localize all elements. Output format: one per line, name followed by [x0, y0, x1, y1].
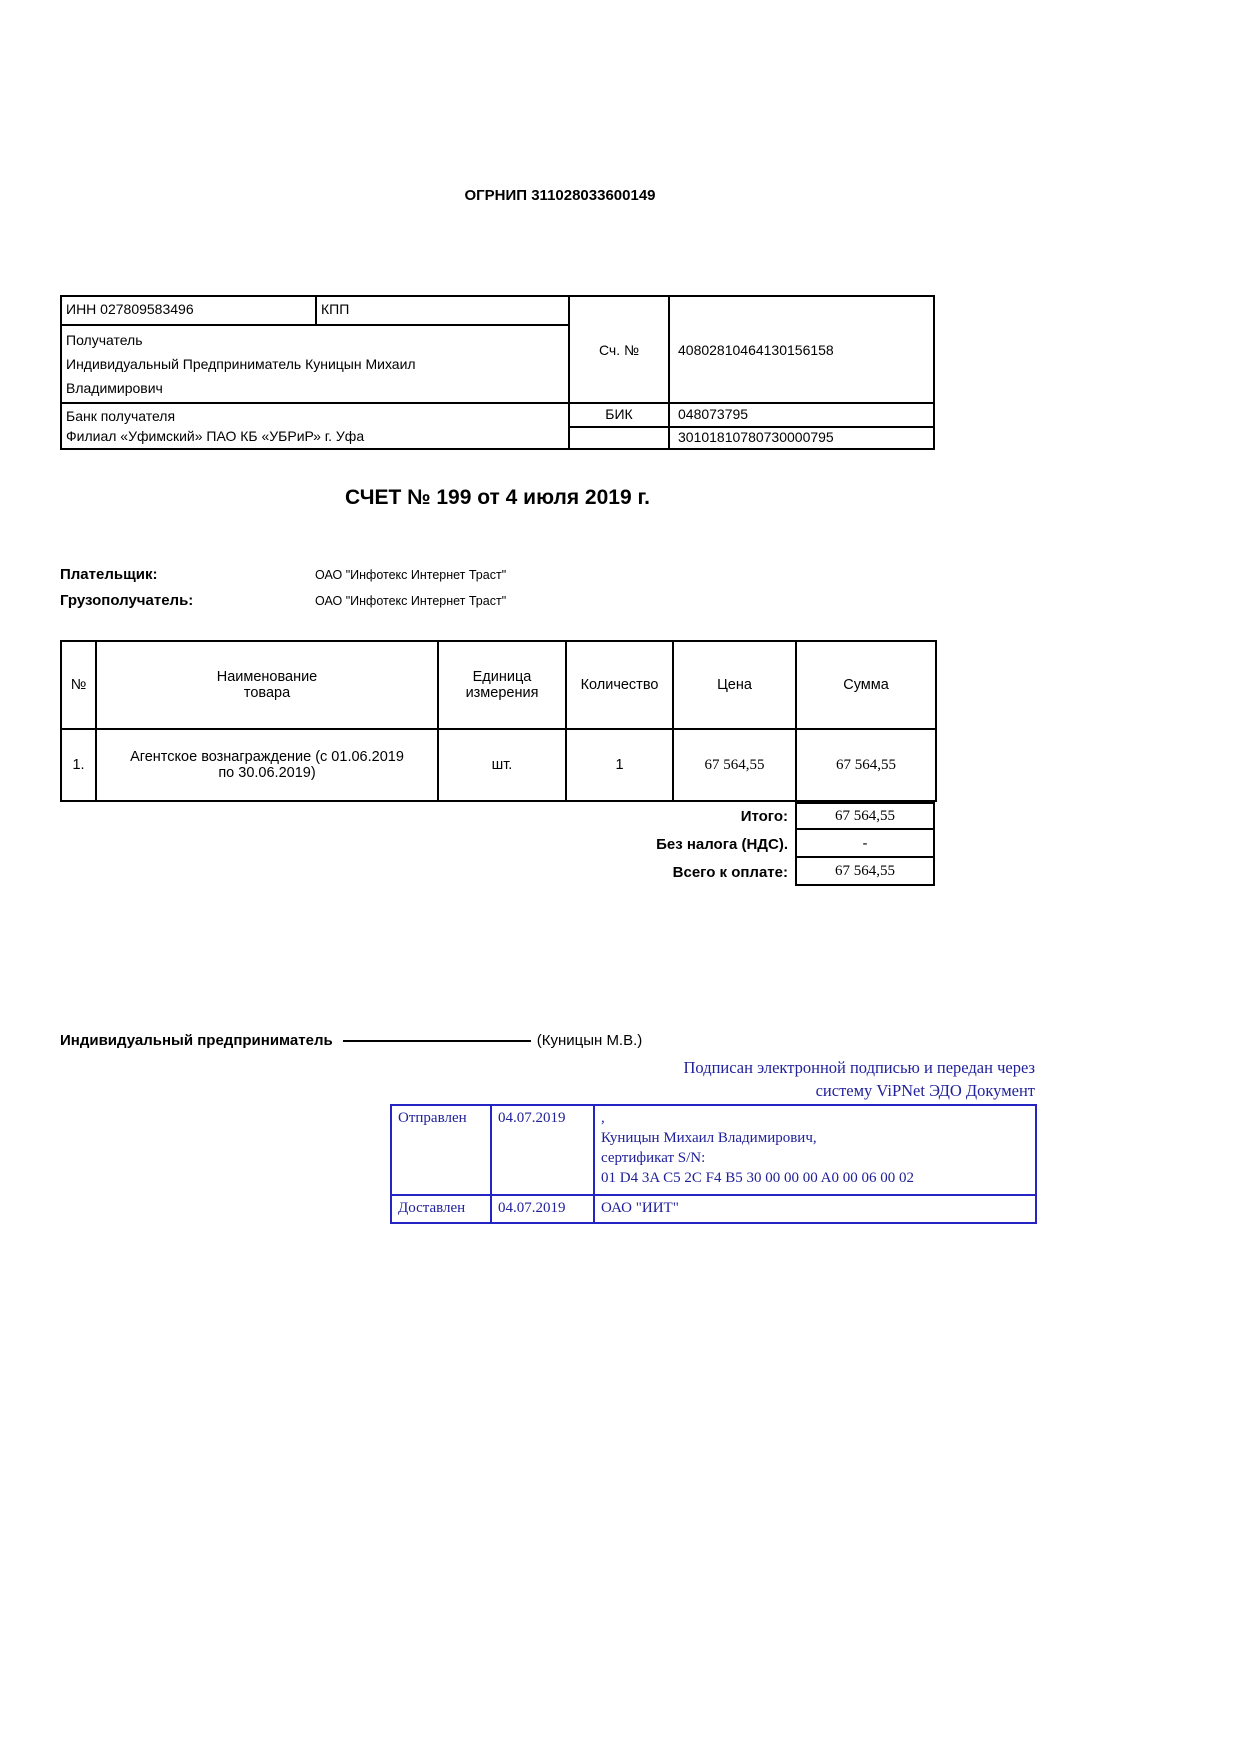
- requisites-right-column: 40802810464130156158 048073795 301018107…: [670, 297, 933, 448]
- recipient-cell: Получатель Индивидуальный Предпринимател…: [62, 326, 568, 404]
- recipient-label: Получатель: [66, 328, 564, 352]
- item-price: 67 564,55: [673, 729, 796, 801]
- bik-label-cell: БИК: [570, 404, 668, 428]
- kpp-cell: КПП: [317, 297, 568, 324]
- bik-value-cell: 048073795: [670, 404, 933, 428]
- total-row-itogo: Итого: 67 564,55: [60, 802, 935, 830]
- delivery-details-cell: , Куницын Михаил Владимирович, сертифика…: [594, 1105, 1036, 1195]
- bank-cell: Банк получателя Филиал «Уфимский» ПАО КБ…: [62, 404, 568, 448]
- total-label-nds: Без налога (НДС).: [60, 836, 795, 853]
- delivery-row-delivered: Доставлен 04.07.2019 ОАО "ИИТ": [391, 1195, 1036, 1223]
- delivery-date-cell: 04.07.2019: [491, 1105, 594, 1195]
- header-num: №: [61, 641, 96, 729]
- delivery-status-cell: Доставлен: [391, 1195, 491, 1223]
- inn-kpp-row: ИНН 027809583496 КПП: [62, 297, 568, 326]
- esign-line2: систему ViPNet ЭДО Документ: [60, 1079, 1035, 1102]
- bank-label: Банк получателя: [66, 406, 564, 426]
- requisites-middle-column: Сч. № БИК: [570, 297, 670, 448]
- items-table: № Наименование товара Единица измерения …: [60, 640, 937, 802]
- item-sum: 67 564,55: [796, 729, 936, 801]
- esign-note: Подписан электронной подписью и передан …: [60, 1056, 1035, 1102]
- delivery-status-cell: Отправлен: [391, 1105, 491, 1195]
- delivery-table: Отправлен 04.07.2019 , Куницын Михаил Вл…: [390, 1104, 1037, 1224]
- payer-label: Плательщик:: [60, 566, 315, 583]
- total-label-itogo: Итого:: [60, 808, 795, 825]
- account-number-cell: 40802810464130156158: [670, 297, 933, 404]
- total-label-vsego: Всего к оплате:: [60, 864, 795, 881]
- item-row: 1. Агентское вознаграждение (с 01.06.201…: [61, 729, 936, 801]
- requisites-left-block: ИНН 027809583496 КПП Получатель Индивиду…: [62, 297, 570, 448]
- signature-row: Индивидуальный предприниматель(Куницын М…: [60, 1032, 642, 1049]
- requisites-table: ИНН 027809583496 КПП Получатель Индивиду…: [60, 295, 935, 450]
- delivery-row-sent: Отправлен 04.07.2019 , Куницын Михаил Вл…: [391, 1105, 1036, 1195]
- header-qty: Количество: [566, 641, 673, 729]
- signature-line: [343, 1040, 531, 1042]
- total-row-vsego: Всего к оплате: 67 564,55: [60, 858, 935, 886]
- item-qty: 1: [566, 729, 673, 801]
- parties-block: Плательщик: ОАО "Инфотекс Интернет Траст…: [60, 566, 935, 618]
- total-value-vsego: 67 564,55: [795, 858, 935, 886]
- delivery-date-cell: 04.07.2019: [491, 1195, 594, 1223]
- invoice-title: СЧЕТ № 199 от 4 июля 2019 г.: [60, 486, 935, 510]
- items-header-row: № Наименование товара Единица измерения …: [61, 641, 936, 729]
- payer-row: Плательщик: ОАО "Инфотекс Интернет Траст…: [60, 566, 935, 592]
- header-price: Цена: [673, 641, 796, 729]
- header-unit: Единица измерения: [438, 641, 566, 729]
- header-sum: Сумма: [796, 641, 936, 729]
- esign-line1: Подписан электронной подписью и передан …: [60, 1056, 1035, 1079]
- totals-block: Итого: 67 564,55 Без налога (НДС). - Все…: [60, 802, 935, 886]
- signature-name: (Куницын М.В.): [537, 1032, 643, 1049]
- consignee-row: Грузополучатель: ОАО "Инфотекс Интернет …: [60, 592, 935, 618]
- bank-name: Филиал «Уфимский» ПАО КБ «УБРиР» г. Уфа: [66, 426, 564, 446]
- item-num: 1.: [61, 729, 96, 801]
- total-value-itogo: 67 564,55: [795, 802, 935, 830]
- header-name: Наименование товара: [96, 641, 438, 729]
- recipient-name: Индивидуальный Предприниматель Куницын М…: [66, 352, 564, 400]
- item-name: Агентское вознаграждение (с 01.06.2019 п…: [96, 729, 438, 801]
- corr-account-cell: 30101810780730000795: [670, 428, 933, 448]
- consignee-label: Грузополучатель:: [60, 592, 315, 609]
- ogrnip-text: ОГРНИП 311028033600149: [0, 187, 1120, 204]
- payer-value: ОАО "Инфотекс Интернет Траст": [315, 568, 506, 582]
- consignee-value: ОАО "Инфотекс Интернет Траст": [315, 594, 506, 608]
- bik-label-empty-cell: [570, 428, 668, 448]
- account-label-cell: Сч. №: [570, 297, 668, 404]
- total-value-nds: -: [795, 830, 935, 858]
- inn-cell: ИНН 027809583496: [62, 297, 317, 324]
- signature-label: Индивидуальный предприниматель: [60, 1032, 333, 1049]
- delivery-details-cell: ОАО "ИИТ": [594, 1195, 1036, 1223]
- item-unit: шт.: [438, 729, 566, 801]
- total-row-nds: Без налога (НДС). -: [60, 830, 935, 858]
